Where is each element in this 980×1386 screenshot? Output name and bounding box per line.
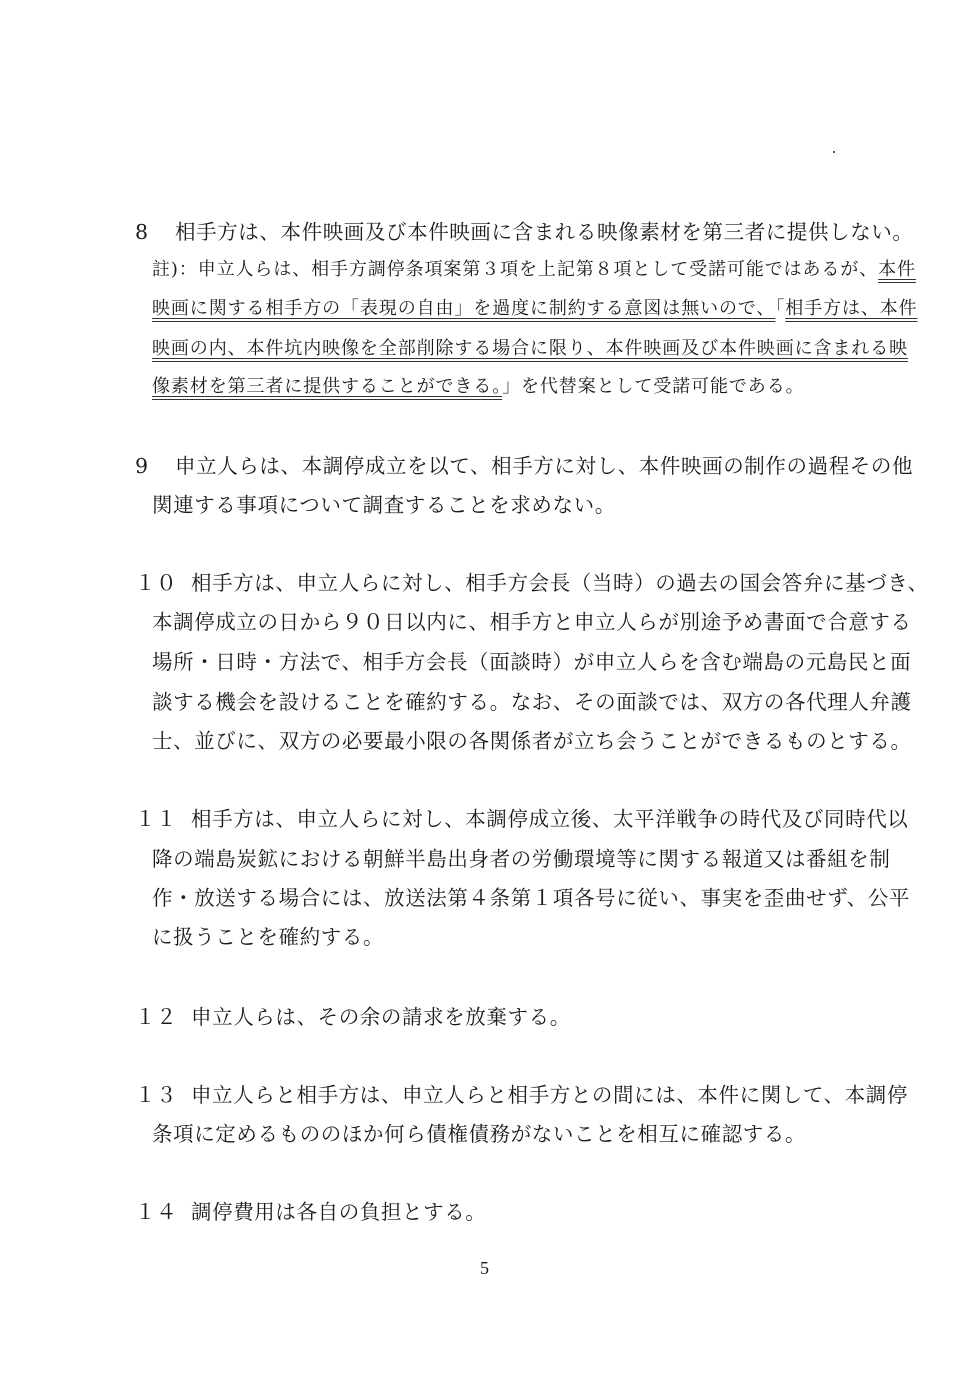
item-number: １２ [135,1003,191,1031]
item-10-line-3: 場所・日時・方法で、相手方会長（面談時）が申立人らを含む端島の元島民と面 [152,648,911,676]
item-text: 調停費用は各自の負担とする。 [191,1200,486,1224]
item-number: 8 [135,218,175,246]
item-8-note-line-3: 映画の内、本件坑内映像を全部削除する場合に限り、本件映画及び本件映画に含まれる映 [152,335,908,363]
item-10-line-2: 本調停成立の日から９０日以内に、相手方と申立人らが別途予め書面で合意する [152,608,912,636]
scan-speck [833,151,835,153]
item-13-line-2: 条項に定めるもののほか何ら債権債務がないことを相互に確認する。 [152,1120,806,1148]
item-8-line-1: 8相手方は、本件映画及び本件映画に含まれる映像素材を第三者に提供しない。 [135,218,914,246]
note-text: 「 [775,298,785,319]
item-text: 申立人らは、本調停成立を以て、相手方に対し、本件映画の制作の過程その他 [175,454,913,478]
item-11-line-2: 降の端島炭鉱における朝鮮半島出身者の労働環境等に関する報道又は番組を制 [152,845,891,873]
item-13-line-1: １３申立人らと相手方は、申立人らと相手方との間には、本件に関して、本調停 [135,1081,908,1109]
item-10-line-4: 談する機会を設けることを確約する。なお、その面談では、双方の各代理人弁護 [152,688,912,716]
item-text: 関連する事項について調査することを求めない。 [152,493,616,517]
note-underlined-text: 映画に関する相手方の「表現の自由」を過度に制約する意図は無いので、 [152,298,775,319]
item-8-note-line-1: 註)：申立人らは、相手方調停条項案第３項を上記第８項として受諾可能ではあるが、本… [152,256,916,284]
item-14-line-1: １４調停費用は各自の負担とする。 [135,1198,486,1226]
item-11-line-4: に扱うことを確約する。 [152,923,384,951]
note-underlined-text: 相手方は、本件 [785,298,917,319]
item-text: 士、並びに、双方の必要最小限の各関係者が立ち会うことができるものとする。 [152,729,912,753]
item-8-note-line-4: 像素材を第三者に提供することができる。」を代替案として受諾可能である。 [152,373,805,401]
item-9-line-1: 9申立人らは、本調停成立を以て、相手方に対し、本件映画の制作の過程その他 [135,452,913,480]
note-underlined-text: 像素材を第三者に提供することができる。 [152,376,502,397]
note-underlined-text: 本件 [878,259,916,280]
item-number: １４ [135,1198,191,1226]
item-11-line-3: 作・放送する場合には、放送法第４条第１項各号に従い、事実を歪曲せず、公平 [152,884,910,912]
item-text: 作・放送する場合には、放送法第４条第１項各号に従い、事実を歪曲せず、公平 [152,886,910,910]
item-9-line-2: 関連する事項について調査することを求めない。 [152,491,616,519]
item-text: 申立人らは、その余の請求を放棄する。 [191,1005,571,1029]
item-text: 談する機会を設けることを確約する。なお、その面談では、双方の各代理人弁護 [152,690,912,714]
item-text: 降の端島炭鉱における朝鮮半島出身者の労働環境等に関する報道又は番組を制 [152,847,891,871]
item-10-line-5: 士、並びに、双方の必要最小限の各関係者が立ち会うことができるものとする。 [152,727,912,755]
item-12-line-1: １２申立人らは、その余の請求を放棄する。 [135,1003,571,1031]
item-text: 相手方は、申立人らに対し、本調停成立後、太平洋戦争の時代及び同時代以 [191,807,908,831]
item-text: 相手方は、本件映画及び本件映画に含まれる映像素材を第三者に提供しない。 [175,220,914,244]
item-number: １０ [135,569,191,597]
item-number: １１ [135,805,191,833]
note-text: 註)：申立人らは、相手方調停条項案第３項を上記第８項として受諾可能ではあるが、 [152,259,878,280]
item-text: 申立人らと相手方は、申立人らと相手方との間には、本件に関して、本調停 [191,1083,908,1107]
item-text: 条項に定めるもののほか何ら債権債務がないことを相互に確認する。 [152,1122,806,1146]
document-page: 8相手方は、本件映画及び本件映画に含まれる映像素材を第三者に提供しない。 註)：… [0,0,980,1386]
item-number: 9 [135,452,175,480]
note-text: 」を代替案として受諾可能である。 [502,376,804,397]
item-11-line-1: １１相手方は、申立人らに対し、本調停成立後、太平洋戦争の時代及び同時代以 [135,805,908,833]
item-text: 相手方は、申立人らに対し、相手方会長（当時）の過去の国会答弁に基づき、 [191,571,929,595]
item-10-line-1: １０相手方は、申立人らに対し、相手方会長（当時）の過去の国会答弁に基づき、 [135,569,929,597]
item-text: 本調停成立の日から９０日以内に、相手方と申立人らが別途予め書面で合意する [152,610,912,634]
note-underlined-text: 映画の内、本件坑内映像を全部削除する場合に限り、本件映画及び本件映画に含まれる映 [152,338,908,359]
item-number: １３ [135,1081,191,1109]
item-text: に扱うことを確約する。 [152,925,384,949]
item-text: 場所・日時・方法で、相手方会長（面談時）が申立人らを含む端島の元島民と面 [152,650,911,674]
item-8-note-line-2: 映画に関する相手方の「表現の自由」を過度に制約する意図は無いので、「相手方は、本… [152,295,918,323]
page-number: 5 [480,1258,489,1279]
